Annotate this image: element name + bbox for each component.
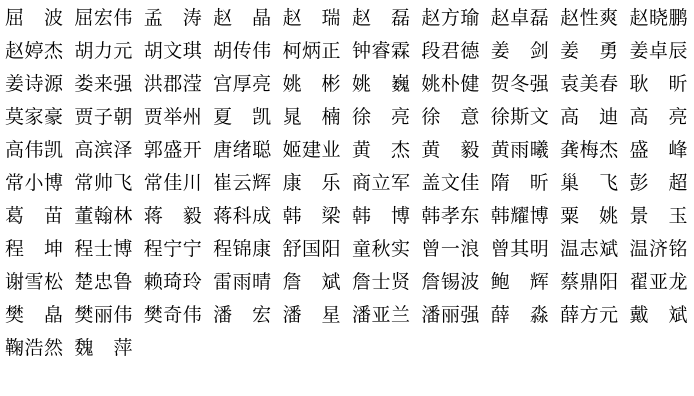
name-cell: 姜剑 xyxy=(491,35,549,68)
name-cell: 姜卓辰 xyxy=(630,35,688,68)
name-cell: 唐绪聪 xyxy=(213,134,271,167)
name-cell: 盖文佳 xyxy=(421,167,479,200)
name-cell: 赵婷杰 xyxy=(5,35,63,68)
name-cell: 黄雨曦 xyxy=(491,134,549,167)
name-cell: 蔡鼎阳 xyxy=(560,266,618,299)
name-cell: 程士博 xyxy=(74,233,132,266)
name-cell: 赵方瑜 xyxy=(421,2,479,35)
name-cell: 孟涛 xyxy=(144,2,202,35)
name-cell: 姬建业 xyxy=(283,134,341,167)
name-cell: 谢雪松 xyxy=(5,266,63,299)
name-cell: 魏萍 xyxy=(74,332,132,365)
name-cell: 耿昕 xyxy=(630,68,688,101)
name-cell: 钟睿霖 xyxy=(352,35,410,68)
name-cell: 程坤 xyxy=(5,233,63,266)
name-cell: 温志斌 xyxy=(560,233,618,266)
name-cell: 鲍辉 xyxy=(491,266,549,299)
name-grid: 屈波屈宏伟孟涛赵晶赵瑞赵磊赵方瑜赵卓磊赵性爽赵晓鹏赵婷杰胡力元胡文琪胡传伟柯炳正… xyxy=(0,0,694,365)
name-cell: 詹士贤 xyxy=(352,266,410,299)
name-cell: 高迪 xyxy=(560,101,618,134)
name-cell: 娄来强 xyxy=(74,68,132,101)
name-cell: 薛淼 xyxy=(491,299,549,332)
name-cell: 赵性爽 xyxy=(560,2,618,35)
name-cell: 韩耀博 xyxy=(491,200,549,233)
name-cell: 赵晶 xyxy=(213,2,271,35)
name-cell: 贾举州 xyxy=(144,101,202,134)
name-cell: 胡文琪 xyxy=(144,35,202,68)
name-cell: 常帅飞 xyxy=(74,167,132,200)
name-cell: 巢飞 xyxy=(560,167,618,200)
name-cell: 胡力元 xyxy=(74,35,132,68)
name-cell: 雷雨晴 xyxy=(213,266,271,299)
name-cell: 蒋科成 xyxy=(213,200,271,233)
name-cell: 康乐 xyxy=(283,167,341,200)
name-cell: 徐斯文 xyxy=(491,101,549,134)
name-cell: 夏凯 xyxy=(213,101,271,134)
name-cell: 徐亮 xyxy=(352,101,410,134)
name-cell: 戴斌 xyxy=(630,299,688,332)
name-cell: 赵晓鹏 xyxy=(630,2,688,35)
name-cell: 赵卓磊 xyxy=(491,2,549,35)
name-cell: 袁美春 xyxy=(560,68,618,101)
name-cell: 柯炳正 xyxy=(283,35,341,68)
name-cell: 姜勇 xyxy=(560,35,618,68)
name-cell: 樊皛 xyxy=(5,299,63,332)
name-cell: 粟姚 xyxy=(560,200,618,233)
name-cell: 楚忠鲁 xyxy=(74,266,132,299)
name-cell: 潘星 xyxy=(283,299,341,332)
name-cell: 薛方元 xyxy=(560,299,618,332)
name-cell: 韩博 xyxy=(352,200,410,233)
name-cell: 段君德 xyxy=(421,35,479,68)
name-cell: 高滨泽 xyxy=(74,134,132,167)
name-cell: 樊丽伟 xyxy=(74,299,132,332)
name-cell: 潘宏 xyxy=(213,299,271,332)
name-cell: 詹锡波 xyxy=(421,266,479,299)
name-cell: 樊奇伟 xyxy=(144,299,202,332)
name-cell: 崔云辉 xyxy=(213,167,271,200)
name-cell: 程锦康 xyxy=(213,233,271,266)
name-cell: 葛苗 xyxy=(5,200,63,233)
name-cell: 龚梅杰 xyxy=(560,134,618,167)
name-cell: 曾其明 xyxy=(491,233,549,266)
name-cell: 鞠浩然 xyxy=(5,332,63,365)
name-cell: 黄杰 xyxy=(352,134,410,167)
name-cell: 舒国阳 xyxy=(283,233,341,266)
name-cell: 韩孝东 xyxy=(421,200,479,233)
name-cell: 盛峰 xyxy=(630,134,688,167)
name-cell: 洪郡滢 xyxy=(144,68,202,101)
name-cell: 晁楠 xyxy=(283,101,341,134)
name-cell: 隋昕 xyxy=(491,167,549,200)
name-cell: 赖琦玲 xyxy=(144,266,202,299)
name-cell: 商立军 xyxy=(352,167,410,200)
name-cell: 高亮 xyxy=(630,101,688,134)
name-cell: 黄毅 xyxy=(421,134,479,167)
name-cell: 潘丽强 xyxy=(421,299,479,332)
name-cell: 姚朴健 xyxy=(421,68,479,101)
name-cell: 胡传伟 xyxy=(213,35,271,68)
name-cell: 贾子朝 xyxy=(74,101,132,134)
name-cell: 姚巍 xyxy=(352,68,410,101)
name-cell: 贺冬强 xyxy=(491,68,549,101)
name-cell: 常佳川 xyxy=(144,167,202,200)
name-cell: 詹斌 xyxy=(283,266,341,299)
name-cell: 景玉 xyxy=(630,200,688,233)
name-cell: 蒋毅 xyxy=(144,200,202,233)
name-cell: 郭盛开 xyxy=(144,134,202,167)
name-cell: 高伟凯 xyxy=(5,134,63,167)
name-cell: 韩梁 xyxy=(283,200,341,233)
name-cell: 宫厚亮 xyxy=(213,68,271,101)
name-cell: 童秋实 xyxy=(352,233,410,266)
name-cell: 姜诗源 xyxy=(5,68,63,101)
name-cell: 赵瑞 xyxy=(283,2,341,35)
name-cell: 常小博 xyxy=(5,167,63,200)
name-cell: 温济铭 xyxy=(630,233,688,266)
name-cell: 姚彬 xyxy=(283,68,341,101)
name-cell: 屈波 xyxy=(5,2,63,35)
name-cell: 董翰林 xyxy=(74,200,132,233)
name-cell: 徐意 xyxy=(421,101,479,134)
name-cell: 彭超 xyxy=(630,167,688,200)
name-cell: 莫家豪 xyxy=(5,101,63,134)
name-cell: 曾一浪 xyxy=(421,233,479,266)
name-cell: 翟亚龙 xyxy=(630,266,688,299)
name-cell: 潘亚兰 xyxy=(352,299,410,332)
name-cell: 屈宏伟 xyxy=(74,2,132,35)
name-cell: 程宁宁 xyxy=(144,233,202,266)
name-cell: 赵磊 xyxy=(352,2,410,35)
